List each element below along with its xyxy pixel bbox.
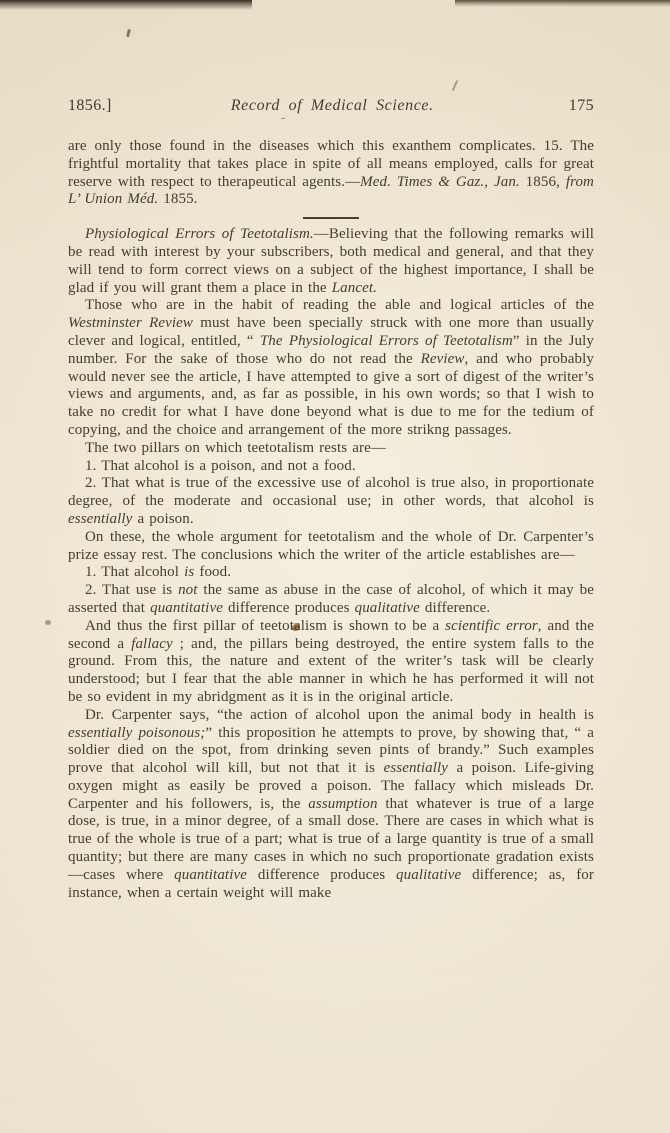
running-header: 1856.] Record of Medical Science. 175	[68, 97, 594, 115]
italic-text-run: qualitative	[355, 600, 420, 616]
text-run: Those who are in the habit of reading th…	[85, 297, 594, 313]
scan-speck	[452, 80, 458, 91]
list-item-pillar-2: 2. That what is true of the excessive us…	[68, 475, 594, 528]
text-run: And thus the first pillar of teetotalism…	[85, 618, 445, 634]
text-run: 2. That what is true of the excessive us…	[68, 475, 594, 509]
scan-speck	[281, 116, 285, 119]
italic-text-run: Lancet.	[332, 280, 377, 296]
italic-text-run: essentially poisonous;	[68, 725, 205, 741]
list-item-conclusion-1: 1. That alcohol is food.	[68, 564, 594, 582]
italic-text-run: essentially	[384, 760, 448, 776]
italic-text-run: Review	[421, 351, 465, 367]
text-run: 1856,	[520, 174, 566, 190]
italic-text-run: qualitative	[396, 867, 461, 883]
italic-text-run: Med. Times & Gaz., Jan.	[360, 174, 520, 190]
italic-text-run: essentially	[68, 511, 132, 527]
text-run: On these, the whole argument for teetota…	[68, 529, 594, 563]
paragraph-article-intro: Physiological Errors of Teetotalism.—Bel…	[68, 226, 594, 297]
text-run: The two pillars on which teetotalism res…	[85, 440, 386, 456]
scan-speck	[45, 620, 51, 625]
text-run: 1. That alcohol is a poison, and not a f…	[85, 458, 356, 474]
text-run: difference produces	[247, 867, 396, 883]
paragraph-carpenter-quote: Dr. Carpenter says, “the action of alcoh…	[68, 707, 594, 903]
italic-text-run: Physiological Errors of Teetotalism.	[85, 226, 314, 242]
header-page-number: 175	[569, 97, 594, 115]
italic-text-run: quantitative	[150, 600, 223, 616]
section-divider	[303, 217, 359, 219]
header-journal-title: Record of Medical Science.	[231, 97, 434, 115]
paragraph-continuation: are only those found in the diseases whi…	[68, 138, 594, 209]
page-content: are only those found in the diseases whi…	[68, 138, 594, 902]
paragraph-westminster-review: Those who are in the habit of reading th…	[68, 297, 594, 439]
paragraph-carpenter-essay: On these, the whole argument for teetota…	[68, 529, 594, 565]
text-run: Dr. Carpenter says, “the action of alcoh…	[85, 707, 594, 723]
header-year-label: 1856.]	[68, 97, 112, 115]
italic-text-run: assumption	[308, 796, 377, 812]
paragraph-pillars-destroyed: And thus the first pillar of teetotalism…	[68, 618, 594, 707]
scanned-book-page: 1856.] Record of Medical Science. 175 ar…	[0, 0, 670, 1133]
text-run: food.	[194, 564, 231, 580]
italic-text-run: fallacy	[131, 636, 173, 652]
italic-text-run: scientific error	[445, 618, 538, 634]
text-run: a poison.	[132, 511, 193, 527]
text-run: 1. That alcohol	[85, 564, 184, 580]
list-item-pillar-1: 1. That alcohol is a poison, and not a f…	[68, 458, 594, 476]
text-run: 2. That use is	[85, 582, 178, 598]
paragraph-two-pillars: The two pillars on which teetotalism res…	[68, 440, 594, 458]
italic-text-run: not	[178, 582, 197, 598]
text-run: 1855.	[158, 191, 197, 207]
scan-speck	[126, 29, 131, 37]
italic-text-run: is	[184, 564, 194, 580]
italic-text-run: quantitative	[174, 867, 247, 883]
scan-edge-shadow-right	[455, 0, 670, 7]
italic-text-run: Westminster Review	[68, 315, 193, 331]
text-run: difference.	[420, 600, 490, 616]
text-run: difference produces	[223, 600, 355, 616]
italic-text-run: The Physiological Errors of Teetotalism	[260, 333, 513, 349]
scan-edge-shadow-left	[0, 0, 252, 10]
list-item-conclusion-2: 2. That use is not the same as abuse in …	[68, 582, 594, 618]
